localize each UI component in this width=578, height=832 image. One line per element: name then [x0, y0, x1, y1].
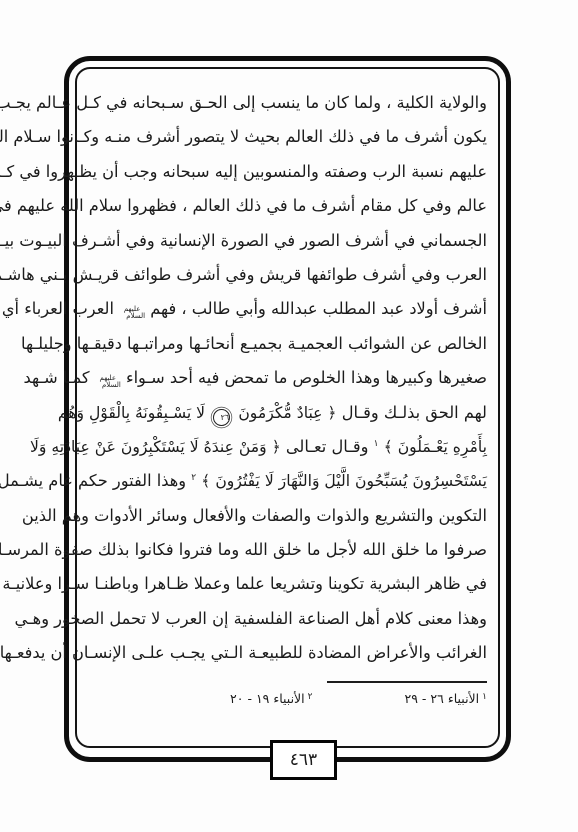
quran-quote: يَسْتَحْسِرُونَ يُسَبِّحُونَ الَّيْلَ وَ…	[201, 472, 487, 490]
quran-quote: بِأَمْرِهِ يَعْـمَلُونَ ﴾	[384, 438, 487, 456]
body-text: التكوين والتشريع والذوات والصفات والأفعا…	[22, 506, 487, 525]
body-text: الجسماني في أشرف الصور في الصورة الإنسان…	[0, 231, 487, 250]
text-line: في ظاهر البشرية تكوينا وتشريعا علما وعمل…	[88, 567, 487, 601]
text-line: يَسْتَحْسِرُونَ يُسَبِّحُونَ الَّيْلَ وَ…	[88, 464, 487, 498]
text-line: صغيرها وكبيرها وهذا الخلوص ما تمحض فيه أ…	[88, 361, 487, 395]
text-line: والولاية الكلية ، ولما كان ما ينسب إلى ا…	[88, 86, 487, 120]
body-text: الغرائب والأعراض المضادة للطبيعـة الـتي …	[0, 643, 487, 662]
text-block: والولاية الكلية ، ولما كان ما ينسب إلى ا…	[88, 86, 487, 671]
footnote-1-marker: ١	[482, 692, 487, 702]
quran-quote: ﴿ عِبَادٌ مُّكْرَمُونَ	[238, 404, 336, 422]
body-text: والولاية الكلية ، ولما كان ما ينسب إلى ا…	[0, 93, 487, 112]
text-line: عالم وفي كل مقام أشرف ما في ذلك العالم ،…	[88, 189, 487, 223]
text-line: عليهم نسبة الرب وصفته والمنسوبين إليه سب…	[88, 155, 487, 189]
page-number-box: ٤٦٣	[270, 740, 337, 780]
body-text: في ظاهر البشرية تكوينا وتشريعا علما وعمل…	[2, 574, 487, 593]
footnote-1-text: الأنبياء ٢٦ - ٢٩	[405, 691, 480, 706]
text-line: التكوين والتشريع والذوات والصفات والأفعا…	[88, 499, 487, 533]
body-text: صرفوا ما خلق الله لأجل ما خلق الله وما ف…	[0, 540, 487, 559]
text-line: الغرائب والأعراض المضادة للطبيعـة الـتي …	[88, 636, 487, 670]
honorific-mark: عليهم السلام	[119, 306, 145, 321]
text-line: الجسماني في أشرف الصور في الصورة الإنسان…	[88, 224, 487, 258]
text-line: لهم الحق بذلـك وقـال ﴿ عِبَادٌ مُّكْرَمُ…	[88, 396, 487, 430]
verse-rosette: ٢٦	[213, 409, 230, 426]
page-number: ٤٦٣	[290, 750, 317, 770]
body-text: الخالص عن الشوائب العجميـة بجميـع أنحائـ…	[21, 334, 487, 353]
body-text: عليهم نسبة الرب وصفته والمنسوبين إليه سب…	[0, 162, 487, 181]
body-text: لهم الحق بذلـك وقـال	[337, 403, 487, 422]
text-line: الخالص عن الشوائب العجميـة بجميـع أنحائـ…	[88, 327, 487, 361]
page-outer-frame: والولاية الكلية ، ولما كان ما ينسب إلى ا…	[64, 56, 511, 762]
quran-quote: لَا يَسْـبِقُونَهُ بِالْقَوْلِ وَهُم	[58, 404, 205, 422]
footnote-ref: ١	[374, 439, 379, 449]
footnotes: ١الأنبياء ٢٦ - ٢٩ ٢الأنبياء ١٩ - ٢٠	[88, 688, 487, 708]
body-text: كمـا شـهد	[23, 368, 89, 387]
body-text: العرب وفي أشرف طوائفها قريش وفي أشرف طوا…	[0, 265, 487, 284]
text-line: صرفوا ما خلق الله لأجل ما خلق الله وما ف…	[88, 533, 487, 567]
quran-quote: ﴿ وَمَنْ عِندَهُ لَا يَسْتَكْبِرُونَ عَن…	[30, 438, 281, 456]
footnote-2: ٢الأنبياء ١٩ - ٢٠	[230, 688, 312, 708]
body-text: يكون أشرف ما في ذلك العالم بحيث لا يتصور…	[0, 127, 487, 146]
footnote-ref: ٢	[191, 473, 196, 483]
body-text: العرب العرباء أي	[2, 299, 114, 318]
body-text: وهذا معنى كلام أهل الصناعة الفلسفية إن ا…	[14, 609, 487, 628]
text-line: العرب وفي أشرف طوائفها قريش وفي أشرف طوا…	[88, 258, 487, 292]
body-text: صغيرها وكبيرها وهذا الخلوص ما تمحض فيه أ…	[126, 368, 487, 387]
body-text: أشرف أولاد عبد المطلب عبدالله وأبي طالب …	[150, 299, 487, 318]
body-text: وقـال تعـالى	[281, 437, 369, 456]
body-text: عالم وفي كل مقام أشرف ما في ذلك العالم ،…	[0, 196, 487, 215]
footnote-2-marker: ٢	[308, 692, 313, 702]
honorific-mark: عليهم السلام	[95, 375, 121, 390]
text-line: وهذا معنى كلام أهل الصناعة الفلسفية إن ا…	[88, 602, 487, 636]
footnote-1: ١الأنبياء ٢٦ - ٢٩	[405, 688, 487, 708]
text-line: يكون أشرف ما في ذلك العالم بحيث لا يتصور…	[88, 120, 487, 154]
text-line: أشرف أولاد عبد المطلب عبدالله وأبي طالب …	[88, 292, 487, 326]
footnote-separator	[327, 681, 487, 683]
text-line: بِأَمْرِهِ يَعْـمَلُونَ ﴾ ١ وقـال تعـالى…	[88, 430, 487, 464]
page-inner-frame: والولاية الكلية ، ولما كان ما ينسب إلى ا…	[75, 67, 500, 748]
footnote-2-text: الأنبياء ١٩ - ٢٠	[230, 691, 305, 706]
body-text: وهذا الفتور حكم عام يشـمل	[0, 471, 186, 490]
